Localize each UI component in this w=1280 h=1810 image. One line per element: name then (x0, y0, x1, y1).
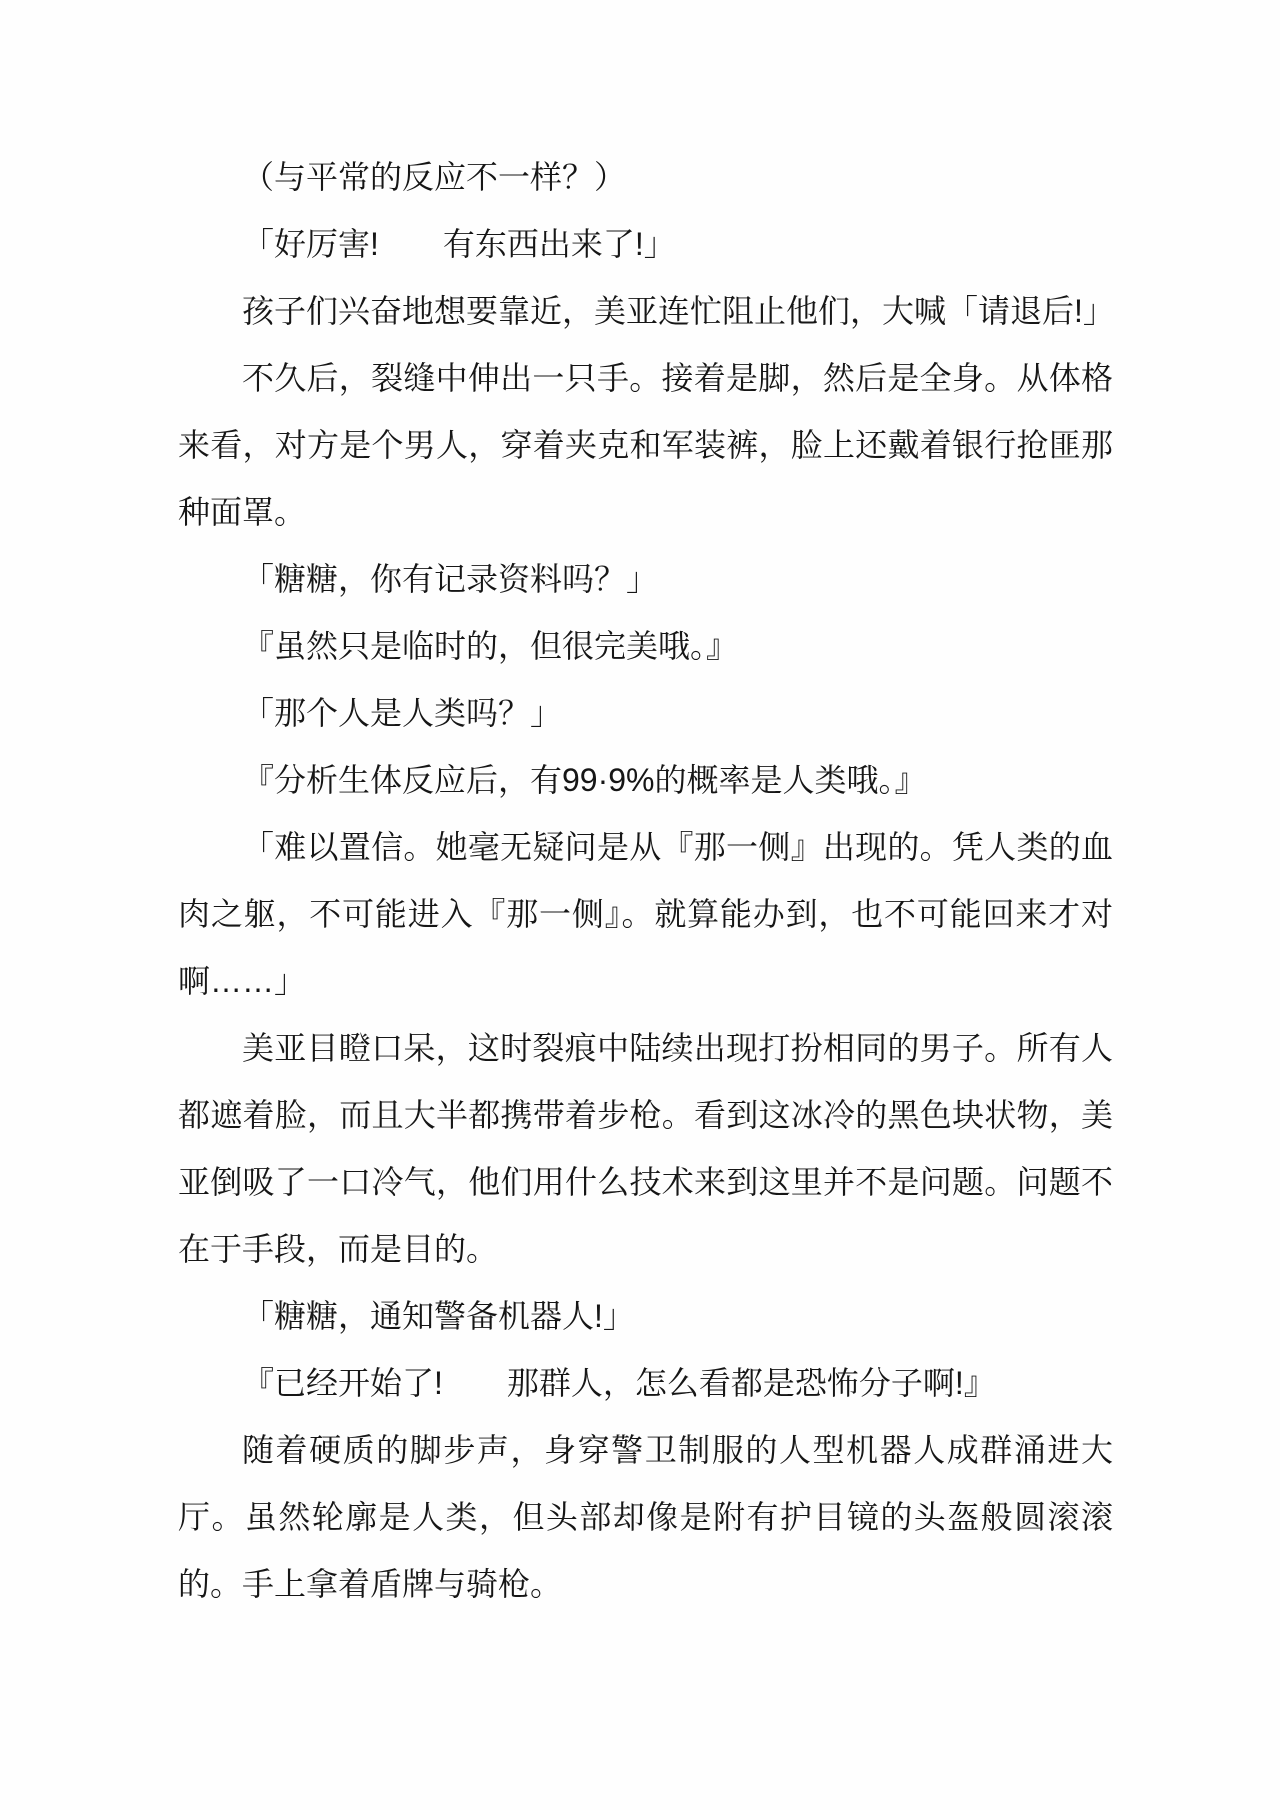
narration-paragraph: 美亚目瞪口呆，这时裂痕中陆续出现打扮相同的男子。所有人都遮着脸，而且大半都携带着… (178, 1015, 1113, 1283)
ai-dialogue-paragraph: 『虽然只是临时的，但很完美哦。』 (178, 613, 1113, 680)
dialogue-paragraph: 「难以置信。她毫无疑问是从『那一侧』出现的。凭人类的血肉之躯，不可能进入『那一侧… (178, 814, 1113, 1015)
narration-paragraph: 不久后，裂缝中伸出一只手。接着是脚，然后是全身。从体格来看，对方是个男人，穿着夹… (178, 345, 1113, 546)
ai-dialogue-paragraph: 『已经开始了! 那群人，怎么看都是恐怖分子啊!』 (178, 1350, 1113, 1417)
dialogue-paragraph: 「好厉害! 有东西出来了!」 (178, 211, 1113, 278)
thought-paragraph: （与平常的反应不一样？） (178, 144, 1113, 211)
dialogue-paragraph: 「那个人是人类吗？」 (178, 680, 1113, 747)
dialogue-paragraph: 「糖糖，通知警备机器人!」 (178, 1283, 1113, 1350)
novel-page: （与平常的反应不一样？） 「好厉害! 有东西出来了!」 孩子们兴奋地想要靠近，美… (0, 0, 1280, 1810)
ai-dialogue-paragraph: 『分析生体反应后，有99·9%的概率是人类哦。』 (178, 747, 1113, 814)
narration-paragraph: 孩子们兴奋地想要靠近，美亚连忙阻止他们，大喊「请退后!」 (178, 278, 1113, 345)
narration-paragraph: 随着硬质的脚步声，身穿警卫制服的人型机器人成群涌进大厅。虽然轮廓是人类，但头部却… (178, 1417, 1113, 1618)
dialogue-paragraph: 「糖糖，你有记录资料吗？」 (178, 546, 1113, 613)
